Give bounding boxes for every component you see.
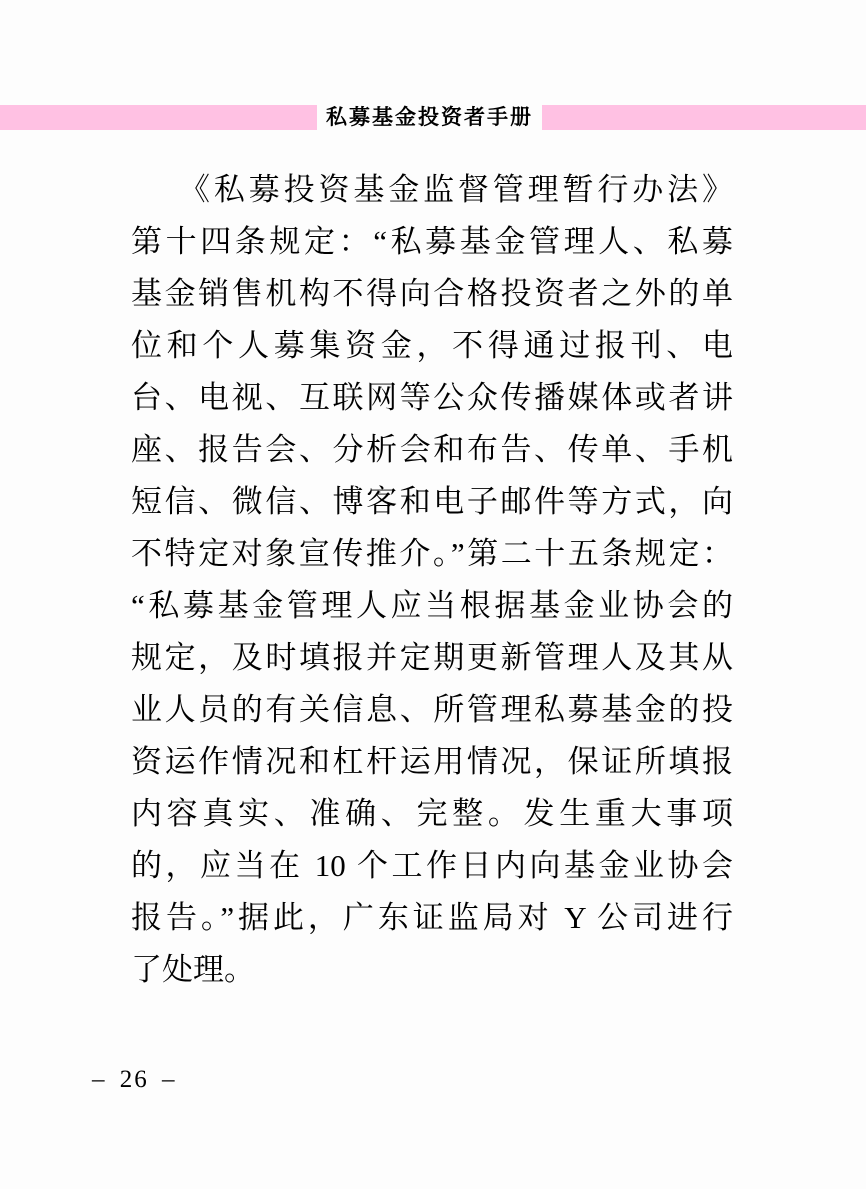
text-line: 规定，及时填报并定期更新管理人及其从 [131,632,733,684]
book-page: 私募基金投资者手册 《私募投资基金监督管理暂行办法》 第十四条规定：“私募基金管… [0,0,866,1189]
text-line: 了处理。 [131,944,733,996]
text-line: 座、报告会、分析会和布告、传单、手机 [131,424,733,476]
header-rule-left [0,105,317,130]
text-line: “私募基金管理人应当根据基金业协会的 [131,580,733,632]
text-line: 的，应当在 10 个工作日内向基金业协会 [131,840,733,892]
running-head-title: 私募基金投资者手册 [317,102,542,133]
text-line: 不特定对象宣传推介。”第二十五条规定： [131,528,733,580]
text-line: 报告。”据此，广东证监局对 Y 公司进行 [131,892,733,944]
text-line: 台、电视、互联网等公众传播媒体或者讲 [131,372,733,424]
text-line: 资运作情况和杠杆运用情况，保证所填报 [131,736,733,788]
text-line: 《私募投资基金监督管理暂行办法》 [131,164,733,216]
text-line: 第十四条规定：“私募基金管理人、私募 [131,216,733,268]
text-line: 短信、微信、博客和电子邮件等方式，向 [131,476,733,528]
header-rule-right [542,105,866,130]
page-number: – 26 – [92,1066,177,1094]
body-paragraph: 《私募投资基金监督管理暂行办法》 第十四条规定：“私募基金管理人、私募 基金销售… [131,164,733,996]
text-line: 业人员的有关信息、所管理私募基金的投 [131,684,733,736]
text-line: 基金销售机构不得向合格投资者之外的单 [131,268,733,320]
text-line: 内容真实、准确、完整。发生重大事项 [131,788,733,840]
text-line: 位和个人募集资金，不得通过报刊、电 [131,320,733,372]
